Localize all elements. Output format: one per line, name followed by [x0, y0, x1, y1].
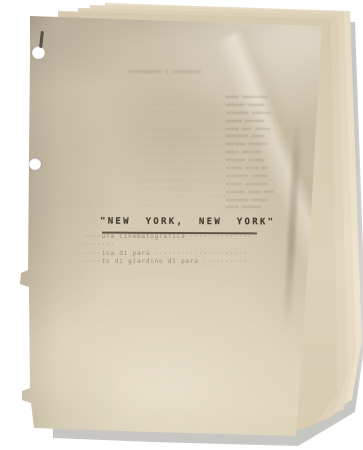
showthrough-column-line: ▪▪▪▪▪▪▪ ▪▪▪▪▪ [226, 173, 274, 181]
showthrough-column-line: ▪▪▪▪ ▪▪▪▪▪▪ [226, 204, 274, 212]
showthrough-column-line: ▪▪▪▪▪▪▪ ▪▪▪▪▪ [226, 197, 274, 205]
showthrough-below-line: ····ura cinematografica ·············· [84, 233, 252, 241]
showthrough-column-line: ▪▪▪▪▪ ▪▪▪▪▪▪ [226, 118, 274, 126]
showthrough-below-line: ····ina di para ····················· [84, 250, 252, 258]
showthrough-column-line: ▪▪▪▪▪▪ ▪▪▪▪▪ [226, 102, 274, 110]
showthrough-column-line: ▪▪▪▪▪▪▪ ▪▪▪▪ [226, 133, 274, 141]
showthrough-column-line: ▪▪▪▪▪▪ ▪▪▪▪ ▪▪▪ [226, 189, 274, 197]
showthrough-column-line: ▪▪▪▪▪▪▪ ▪▪▪▪▪▪ [226, 110, 274, 118]
showthrough-column-line: ▪▪▪▪ ▪▪▪▪▪▪▪▪ [226, 94, 274, 102]
showthrough-right-column: ▪▪▪▪ ▪▪▪▪▪▪▪▪▪▪▪▪▪▪ ▪▪▪▪▪▪▪▪▪▪▪▪ ▪▪▪▪▪▪▪… [226, 94, 274, 212]
showthrough-below-title: ····ura cinematografica ················… [84, 233, 252, 266]
showthrough-column-line: ▪▪▪▪▪ ▪▪▪▪▪▪▪ [226, 181, 274, 189]
document-title: "NEW YORK, NEW YORK" [100, 217, 265, 228]
showthrough-column-line: ▪▪▪▪▪▪ ▪▪▪▪▪▪ [226, 141, 274, 149]
punch-hole-top [32, 46, 45, 59]
showthrough-column-line: ▪▪▪▪▪ ▪▪▪▪ ▪▪ [226, 165, 274, 173]
photo-of-typewritten-document: ▪▪▪▪▪▪▪▪▪ ▪ ▪▪▪▪▪▪▪▪ ···················… [0, 0, 363, 450]
showthrough-heading: ▪▪▪▪▪▪▪▪▪ ▪ ▪▪▪▪▪▪▪▪ [129, 69, 201, 75]
punch-hole-middle [29, 158, 41, 170]
showthrough-column-line: ▪▪▪▪▪▪ ▪▪▪▪▪ [226, 157, 274, 165]
title-block: "NEW YORK, NEW YORK" [100, 217, 265, 227]
showthrough-column-line: ▪▪▪▪ ▪▪▪ ▪▪▪▪▪ [226, 126, 274, 134]
showthrough-below-line: ······· [84, 241, 252, 249]
showthrough-below-line: ····to di giardino di para ·········· [84, 258, 252, 266]
showthrough-column-line: ▪▪▪▪ ▪▪▪▪▪▪ [226, 149, 274, 157]
